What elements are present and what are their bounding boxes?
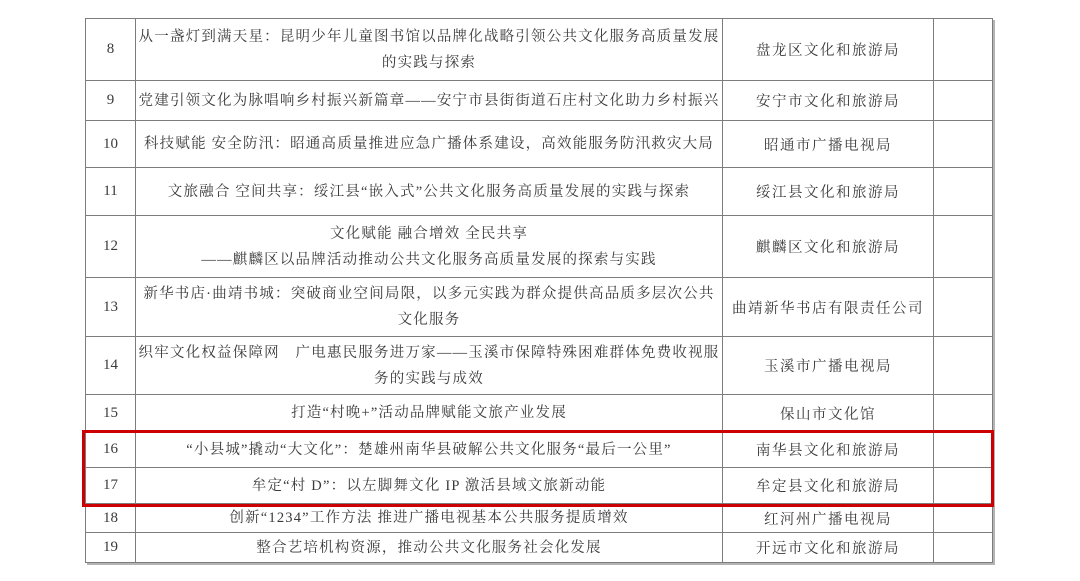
row-number: 15	[86, 395, 136, 432]
org-cell: 南华县文化和旅游局	[723, 432, 934, 468]
mark-cell	[934, 168, 993, 216]
table-row: 9 党建引领文化为脉唱响乡村振兴新篇章——安宁市县街街道石庄村文化助力乡村振兴 …	[86, 81, 993, 121]
row-number: 10	[86, 121, 136, 168]
org-cell: 红河州广播电视局	[723, 504, 934, 533]
mark-cell	[934, 504, 993, 533]
title-cell: 牟定“村 D”：以左脚舞文化 IP 激活县域文旅新动能	[136, 468, 723, 504]
title-line: 文化赋能 融合增效 全民共享	[136, 221, 722, 247]
title-line: “小县城”撬动“大文化”：楚雄州南华县破解公共文化服务“最后一公里”	[136, 437, 722, 463]
title-cell: 党建引领文化为脉唱响乡村振兴新篇章——安宁市县街街道石庄村文化助力乡村振兴	[136, 81, 723, 121]
org-cell: 绥江县文化和旅游局	[723, 168, 934, 216]
org-cell: 昭通市广播电视局	[723, 121, 934, 168]
mark-cell	[934, 337, 993, 395]
mark-cell	[934, 278, 993, 337]
title-line: 创新“1234”工作方法 推进广播电视基本公共服务提质增效	[136, 505, 722, 531]
row-number: 13	[86, 278, 136, 337]
title-cell: 文旅融合 空间共享：绥江县“嵌入式”公共文化服务高质量发展的实践与探索	[136, 168, 723, 216]
row-number: 17	[86, 468, 136, 504]
table-body: 8 从一盏灯到满天星：昆明少年儿童图书馆以品牌化战略引领公共文化服务高质量发展的…	[86, 19, 993, 563]
title-line: 的实践与探索	[136, 50, 722, 76]
title-cell: 科技赋能 安全防汛：昭通高质量推进应急广播体系建设，高效能服务防汛救灾大局	[136, 121, 723, 168]
title-line: 整合艺培机构资源，推动公共文化服务社会化发展	[136, 535, 722, 561]
table-row: 17 牟定“村 D”：以左脚舞文化 IP 激活县域文旅新动能 牟定县文化和旅游局	[86, 468, 993, 504]
org-cell: 玉溪市广播电视局	[723, 337, 934, 395]
title-cell: 文化赋能 融合增效 全民共享——麒麟区以品牌活动推动公共文化服务高质量发展的探索…	[136, 216, 723, 278]
row-number: 14	[86, 337, 136, 395]
title-cell: 整合艺培机构资源，推动公共文化服务社会化发展	[136, 533, 723, 563]
row-number: 16	[86, 432, 136, 468]
row-number: 8	[86, 19, 136, 81]
table-row: 18 创新“1234”工作方法 推进广播电视基本公共服务提质增效 红河州广播电视…	[86, 504, 993, 533]
title-line: 打造“村晚+”活动品牌赋能文旅产业发展	[136, 400, 722, 426]
table-row: 13 新华书店·曲靖书城：突破商业空间局限，以多元实践为群众提供高品质多层次公共…	[86, 278, 993, 337]
table-row: 15 打造“村晚+”活动品牌赋能文旅产业发展 保山市文化馆	[86, 395, 993, 432]
title-line: 新华书店·曲靖书城：突破商业空间局限，以多元实践为群众提供高品质多层次公共	[136, 281, 722, 307]
title-line: 科技赋能 安全防汛：昭通高质量推进应急广播体系建设，高效能服务防汛救灾大局	[136, 131, 722, 157]
org-cell: 开远市文化和旅游局	[723, 533, 934, 563]
title-cell: 织牢文化权益保障网 广电惠民服务进万家——玉溪市保障特殊困难群体免费收视服务的实…	[136, 337, 723, 395]
mark-cell	[934, 533, 993, 563]
row-number: 11	[86, 168, 136, 216]
mark-cell	[934, 432, 993, 468]
table-row: 19 整合艺培机构资源，推动公共文化服务社会化发展 开远市文化和旅游局	[86, 533, 993, 563]
title-line: ——麒麟区以品牌活动推动公共文化服务高质量发展的探索与实践	[136, 247, 722, 273]
document-table-wrapper: 8 从一盏灯到满天星：昆明少年儿童图书馆以品牌化战略引领公共文化服务高质量发展的…	[85, 18, 992, 563]
title-cell: 从一盏灯到满天星：昆明少年儿童图书馆以品牌化战略引领公共文化服务高质量发展的实践…	[136, 19, 723, 81]
table-row: 11 文旅融合 空间共享：绥江县“嵌入式”公共文化服务高质量发展的实践与探索 绥…	[86, 168, 993, 216]
table-row: 16 “小县城”撬动“大文化”：楚雄州南华县破解公共文化服务“最后一公里” 南华…	[86, 432, 993, 468]
row-number: 19	[86, 533, 136, 563]
row-number: 9	[86, 81, 136, 121]
mark-cell	[934, 81, 993, 121]
table-row: 12 文化赋能 融合增效 全民共享——麒麟区以品牌活动推动公共文化服务高质量发展…	[86, 216, 993, 278]
mark-cell	[934, 468, 993, 504]
title-line: 党建引领文化为脉唱响乡村振兴新篇章——安宁市县街街道石庄村文化助力乡村振兴	[136, 88, 722, 114]
title-line: 牟定“村 D”：以左脚舞文化 IP 激活县域文旅新动能	[136, 473, 722, 499]
mark-cell	[934, 121, 993, 168]
org-cell: 安宁市文化和旅游局	[723, 81, 934, 121]
title-cell: 打造“村晚+”活动品牌赋能文旅产业发展	[136, 395, 723, 432]
org-cell: 保山市文化馆	[723, 395, 934, 432]
title-line: 文旅融合 空间共享：绥江县“嵌入式”公共文化服务高质量发展的实践与探索	[136, 179, 722, 205]
title-cell: 创新“1234”工作方法 推进广播电视基本公共服务提质增效	[136, 504, 723, 533]
title-line: 织牢文化权益保障网 广电惠民服务进万家——玉溪市保障特殊困难群体免费收视服	[136, 340, 722, 366]
org-cell: 麒麟区文化和旅游局	[723, 216, 934, 278]
table-row: 8 从一盏灯到满天星：昆明少年儿童图书馆以品牌化战略引领公共文化服务高质量发展的…	[86, 19, 993, 81]
title-cell: 新华书店·曲靖书城：突破商业空间局限，以多元实践为群众提供高品质多层次公共文化服…	[136, 278, 723, 337]
title-cell: “小县城”撬动“大文化”：楚雄州南华县破解公共文化服务“最后一公里”	[136, 432, 723, 468]
award-list-table: 8 从一盏灯到满天星：昆明少年儿童图书馆以品牌化战略引领公共文化服务高质量发展的…	[85, 18, 993, 563]
org-cell: 牟定县文化和旅游局	[723, 468, 934, 504]
title-line: 务的实践与成效	[136, 366, 722, 392]
table-row: 14 织牢文化权益保障网 广电惠民服务进万家——玉溪市保障特殊困难群体免费收视服…	[86, 337, 993, 395]
title-line: 文化服务	[136, 307, 722, 333]
row-number: 12	[86, 216, 136, 278]
mark-cell	[934, 216, 993, 278]
table-row: 10 科技赋能 安全防汛：昭通高质量推进应急广播体系建设，高效能服务防汛救灾大局…	[86, 121, 993, 168]
mark-cell	[934, 395, 993, 432]
org-cell: 曲靖新华书店有限责任公司	[723, 278, 934, 337]
title-line: 从一盏灯到满天星：昆明少年儿童图书馆以品牌化战略引领公共文化服务高质量发展	[136, 24, 722, 50]
org-cell: 盘龙区文化和旅游局	[723, 19, 934, 81]
row-number: 18	[86, 504, 136, 533]
mark-cell	[934, 19, 993, 81]
